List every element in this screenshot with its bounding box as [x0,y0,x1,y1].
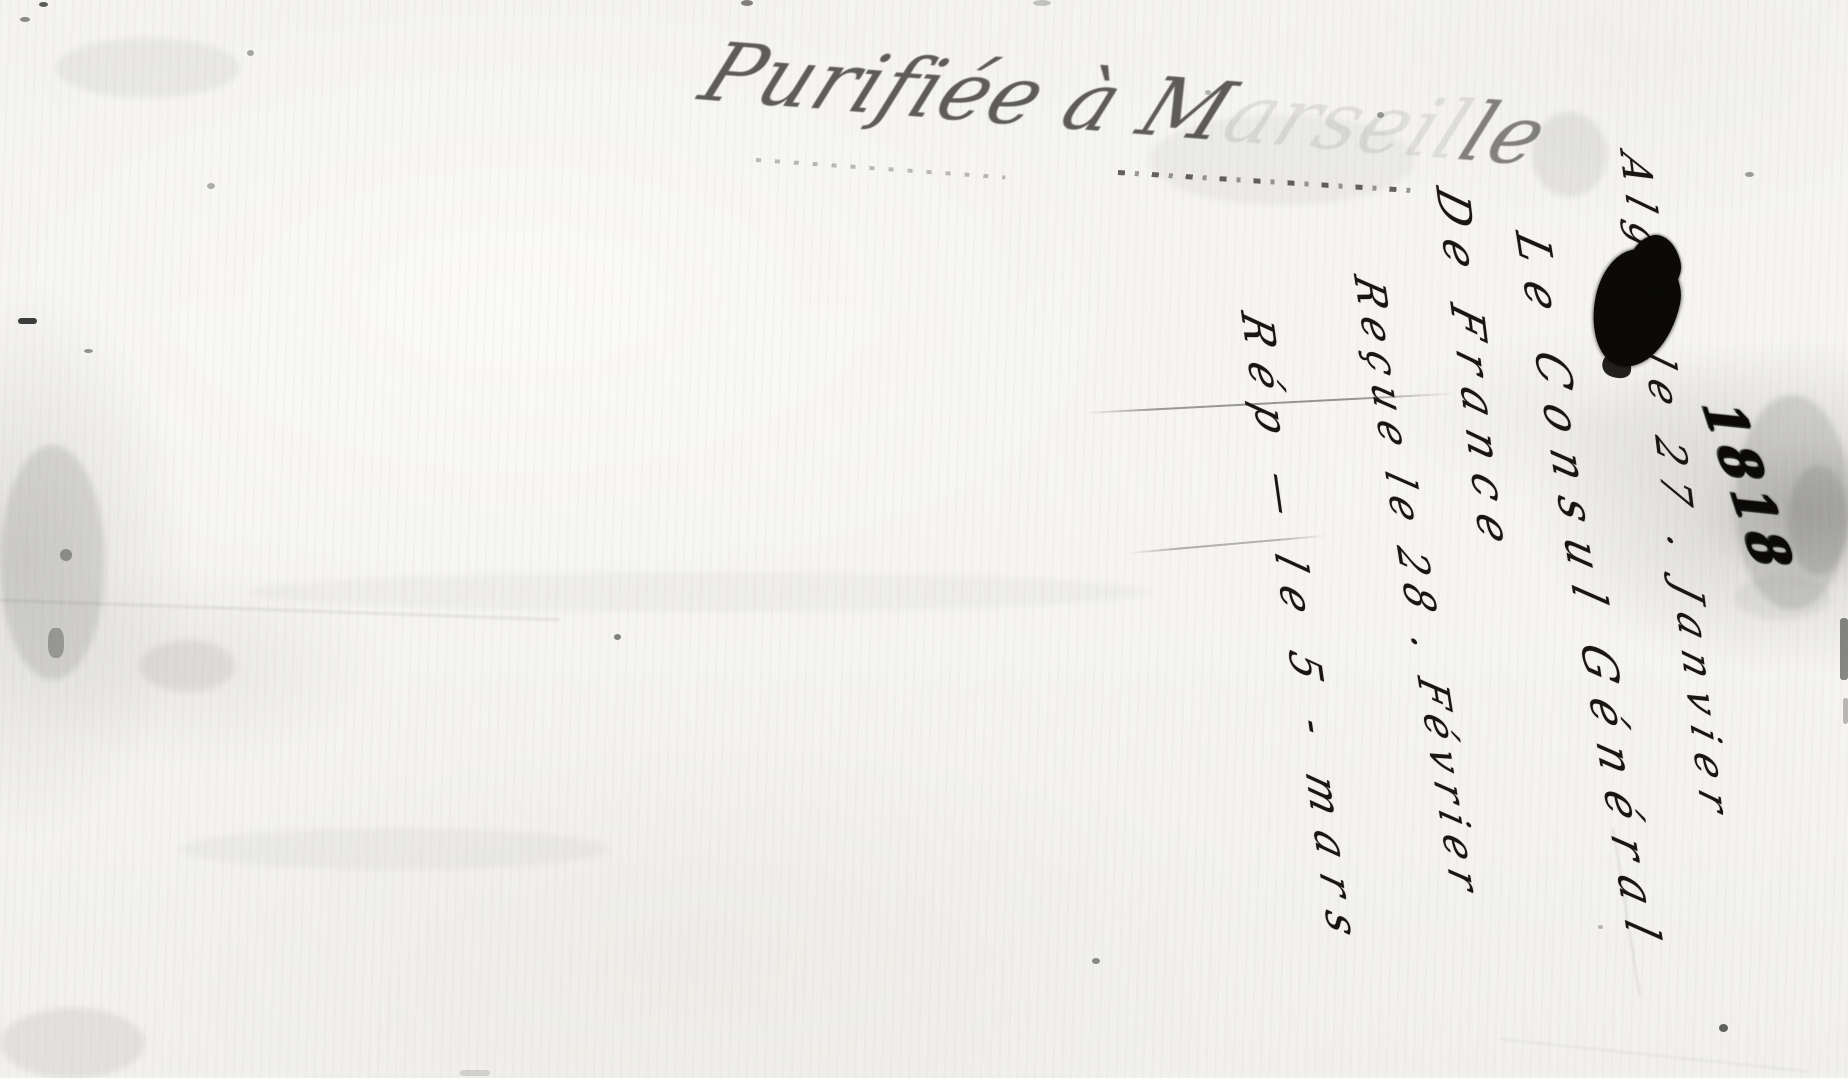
ink-speck [39,2,48,7]
ink-speck [1840,618,1848,680]
paper-stain [0,445,105,680]
ink-speck [18,318,37,324]
ink-speck [741,0,753,6]
ink-speck [1719,1024,1728,1032]
ink-speck [1745,172,1754,177]
ink-speck [207,183,215,189]
crease-line [1500,1038,1809,1072]
ink-blot [1598,349,1635,383]
ink-speck [247,50,254,56]
ink-speck [60,549,72,561]
paper-stain [180,828,610,870]
ink-speck [1843,698,1848,724]
stamp-text-faded-middle: arseil [1210,67,1485,178]
ink-speck [20,17,30,22]
disinfection-stamp: Purifiée à Marseille [688,26,1562,184]
ink-speck [1598,925,1603,929]
ink-speck [460,1070,490,1076]
paper-stain [1735,575,1830,620]
docket-line-replied: Rép — le 5 - mars [1230,307,1371,959]
ink-speck [48,628,64,658]
stamp-faded-baseline-dashes [756,158,1006,179]
crease-line [0,598,560,621]
docket-year: 1818 [1689,400,1808,576]
stamp-text-visible-start: Purifiée à M [688,26,1249,159]
ink-speck [614,634,621,640]
paper-stain [55,38,240,98]
paper-stain [140,640,235,692]
letter-scan-page: Purifiée à Marseille 1818 Alger le 27 . … [0,0,1848,1078]
ink-speck [1033,0,1051,6]
stamp-faded-baseline-dashes [1118,170,1418,193]
ink-speck [84,349,93,353]
ink-speck [1092,958,1100,964]
paper-stain [0,1008,145,1078]
paper-stain [250,572,1150,612]
